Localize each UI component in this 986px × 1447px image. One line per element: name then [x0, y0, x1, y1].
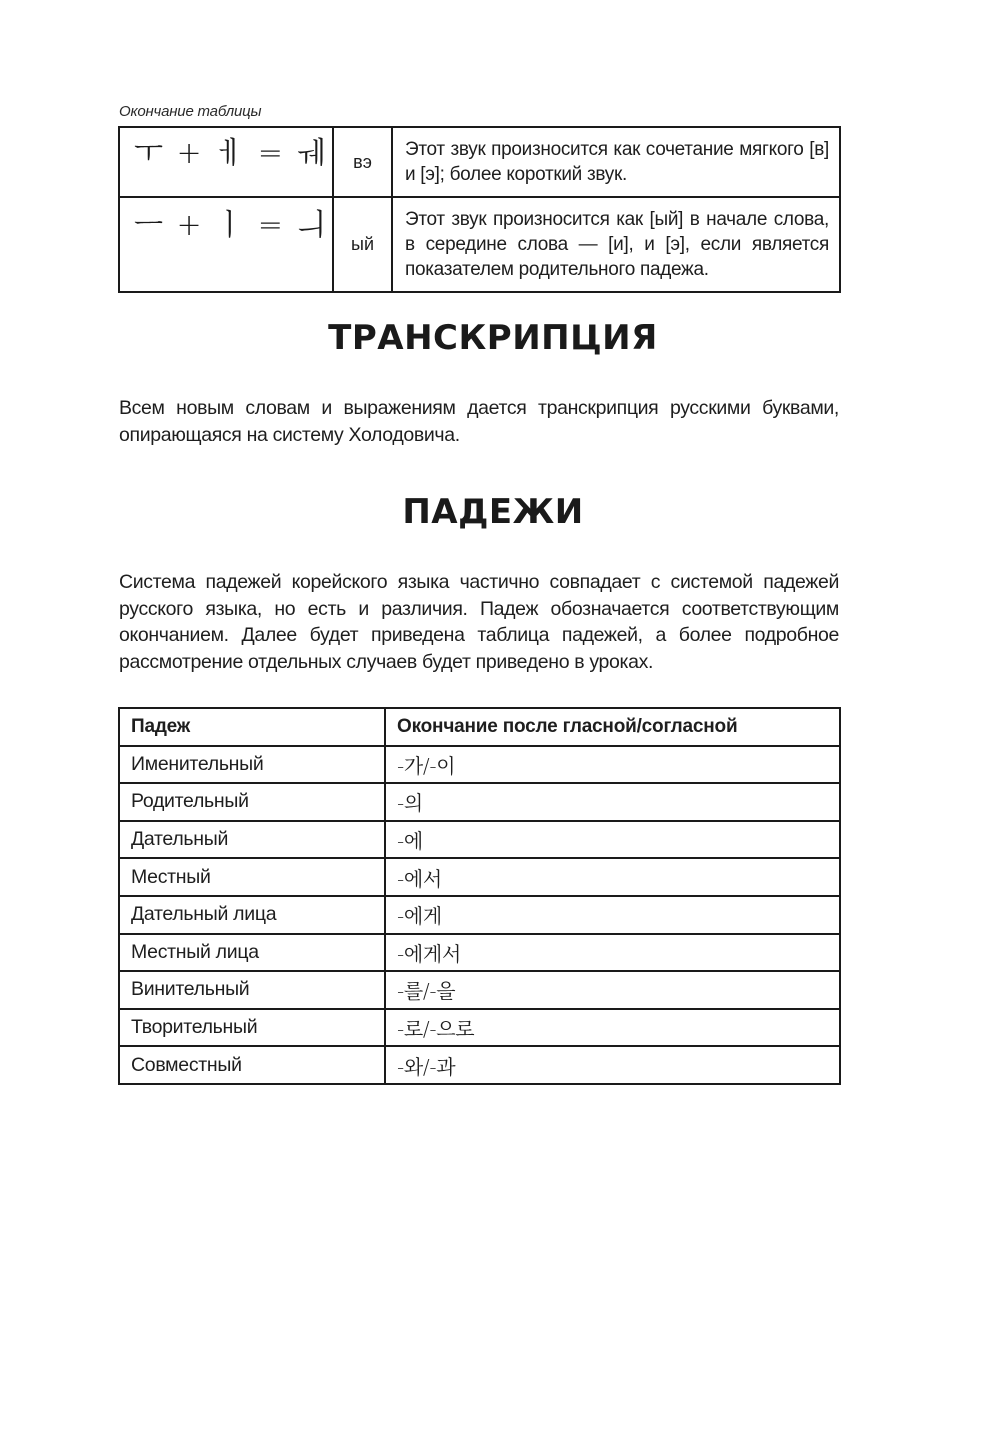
- transcription-paragraph: Всем новым словам и выражениям дается тр…: [119, 395, 839, 448]
- table-row: Местный -에서: [119, 858, 840, 896]
- jamo-formula: ㅡ + ㅣ = ㅢ: [119, 197, 333, 292]
- case-name: Дательный лица: [119, 896, 385, 934]
- case-ending: -의: [385, 783, 840, 821]
- table-row: Дательный -에: [119, 821, 840, 859]
- table-row: Совместный -와/-과: [119, 1046, 840, 1084]
- table-row: Родительный -의: [119, 783, 840, 821]
- case-ending: -에서: [385, 858, 840, 896]
- sound-description: Этот звук произносится как сочетание мяг…: [392, 127, 840, 197]
- case-ending: -로/-으로: [385, 1009, 840, 1047]
- case-name: Местный лица: [119, 934, 385, 972]
- case-ending: -와/-과: [385, 1046, 840, 1084]
- table-row: ㅡ + ㅣ = ㅢ ый Этот звук произносится как …: [119, 197, 840, 292]
- table-row: Дательный лица -에게: [119, 896, 840, 934]
- case-name: Дательный: [119, 821, 385, 859]
- section-title-transcription: ТРАНСКРИПЦИЯ: [0, 318, 986, 358]
- jamo-formula: ㅜ + ㅔ = ㅞ: [119, 127, 333, 197]
- column-header-case: Падеж: [119, 708, 385, 746]
- sound-description: Этот звук произносится как [ый] в начале…: [392, 197, 840, 292]
- case-name: Родительный: [119, 783, 385, 821]
- case-ending: -에게서: [385, 934, 840, 972]
- case-ending: -에게: [385, 896, 840, 934]
- case-ending: -에: [385, 821, 840, 859]
- case-name: Местный: [119, 858, 385, 896]
- table-continuation-caption: Окончание таблицы: [119, 103, 261, 120]
- case-ending: -가/-이: [385, 746, 840, 784]
- table-header-row: Падеж Окончание после гласной/согласной: [119, 708, 840, 746]
- case-name: Винительный: [119, 971, 385, 1009]
- case-name: Именительный: [119, 746, 385, 784]
- table-row: Местный лица -에게서: [119, 934, 840, 972]
- sound-transcription: ый: [333, 197, 392, 292]
- sound-transcription: вэ: [333, 127, 392, 197]
- vowel-combination-table: ㅜ + ㅔ = ㅞ вэ Этот звук произносится как …: [118, 126, 841, 293]
- table-row: Винительный -를/-을: [119, 971, 840, 1009]
- section-title-cases: ПАДЕЖИ: [0, 492, 986, 532]
- column-header-ending: Окончание после гласной/согласной: [385, 708, 840, 746]
- table-row: ㅜ + ㅔ = ㅞ вэ Этот звук произносится как …: [119, 127, 840, 197]
- table-row: Творительный -로/-으로: [119, 1009, 840, 1047]
- case-name: Творительный: [119, 1009, 385, 1047]
- case-name: Совместный: [119, 1046, 385, 1084]
- case-ending: -를/-을: [385, 971, 840, 1009]
- cases-table: Падеж Окончание после гласной/согласной …: [118, 707, 841, 1085]
- cases-paragraph: Система падежей корейского языка частичн…: [119, 569, 839, 675]
- table-row: Именительный -가/-이: [119, 746, 840, 784]
